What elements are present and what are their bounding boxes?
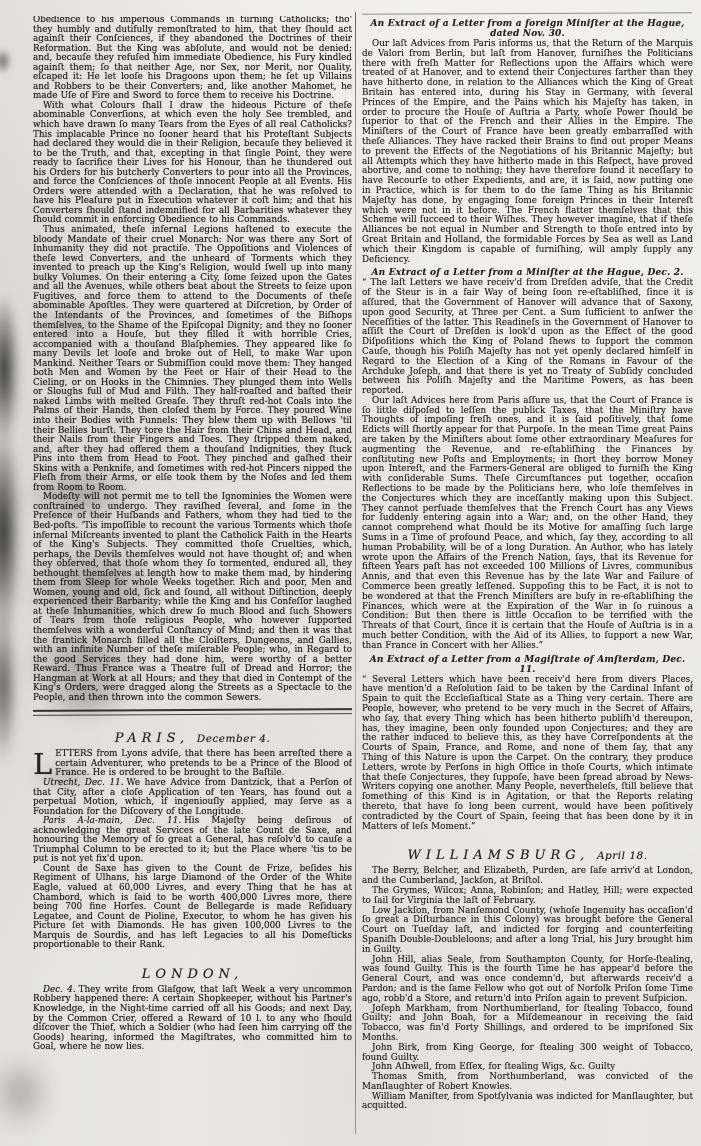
news-item: Joſeph Markham, from Northumberland, for… [362,1005,693,1044]
dateline-date: December 4. [197,733,271,745]
dateline-city: LONDON, [142,967,243,982]
paragraph: With what Colours ſhall I draw the hideo… [33,102,352,226]
news-item: William Maniſter, from Spotſylvania was … [362,1093,693,1113]
news-item: Low Jackſon, from Nanſemond County, (who… [362,907,693,956]
right-column-top-rule [362,12,692,14]
news-item: The Berry, Belcher, and Elizabeth, Purde… [362,867,693,887]
news-item: The Grymes, Wilcox; Anna, Robinſon; and … [362,887,693,907]
paragraph: Modeſty will not permit me to tell the I… [33,493,352,703]
ink-stain [0,425,21,640]
letter-extract-body: Our laſt Advices here from Paris aſſure … [362,397,693,652]
dateline: Paris A-la-main, Dec. 11. [43,816,181,826]
right-column: An Extract of a Letter from a foreign Mi… [362,16,693,1138]
letter-extract-heading: An Extract of a Letter from a foreign Mi… [362,19,693,39]
ink-stain [0,605,17,765]
section-divider-rule [33,709,352,717]
williamsburg-section-heading: WILLIAMSBURG, April 18. [362,837,693,865]
paris-section-heading: PARIS, December 4. [33,720,352,748]
news-item-dropcap: LETTERS from Lyons adviſe, that there ha… [33,750,352,779]
news-item: Paris A-la-main, Dec. 11.His Majeſty bei… [33,817,352,865]
column-divider-rule [355,12,356,1134]
letter-extract-body: “ The laſt Letters we have receiv'd from… [362,279,693,397]
news-item-text: They write from Glaſgow, that laſt Week … [33,985,352,1052]
letter-extract-body: “ Several Letters which have been receiv… [362,676,693,833]
letter-extract-heading: An Extract of a Letter from a Magiſtrate… [362,655,693,675]
news-item: Utrecht, Dec. 11.We have Advice from Dan… [33,779,352,817]
news-item-text: ETTERS from Lyons adviſe, that there has… [55,749,352,778]
dateline-date: April 18. [597,850,648,862]
continuation-paragraph: Obedience to his imperious Commands in t… [33,16,352,102]
news-item: John Birk, from King George, for ſtealin… [362,1044,693,1064]
dateline-city: WILLIAMSBURG, [407,848,589,863]
letter-extract-heading: An Extract of a Letter from a Miniſter a… [362,268,693,278]
dateline-city: PARIS, [115,731,189,746]
newspaper-page-scan: Obedience to his imperious Commands in t… [0,0,701,1146]
letter-extract-body: Our laſt Advices from Paris informs us, … [362,40,693,265]
left-column: Obedience to his imperious Commands in t… [33,16,352,1138]
dateline: Utrecht, Dec. 11. [43,778,124,788]
ink-stain [0,292,20,447]
london-section-heading: LONDON, [33,956,352,984]
news-item: Thomas Smith, from Northumberland, was c… [362,1073,693,1093]
news-item: Dec. 4.They write from Glaſgow, that laſ… [33,986,352,1053]
drop-cap: L [33,750,55,777]
news-item: John Hill, alias Seale, from Southampton… [362,956,693,1005]
ink-stain [0,48,12,74]
news-item: Count de Saxe has given to the Count de … [33,865,352,951]
paragraph: Thus animated, theſe infernal Legions ha… [33,226,352,493]
